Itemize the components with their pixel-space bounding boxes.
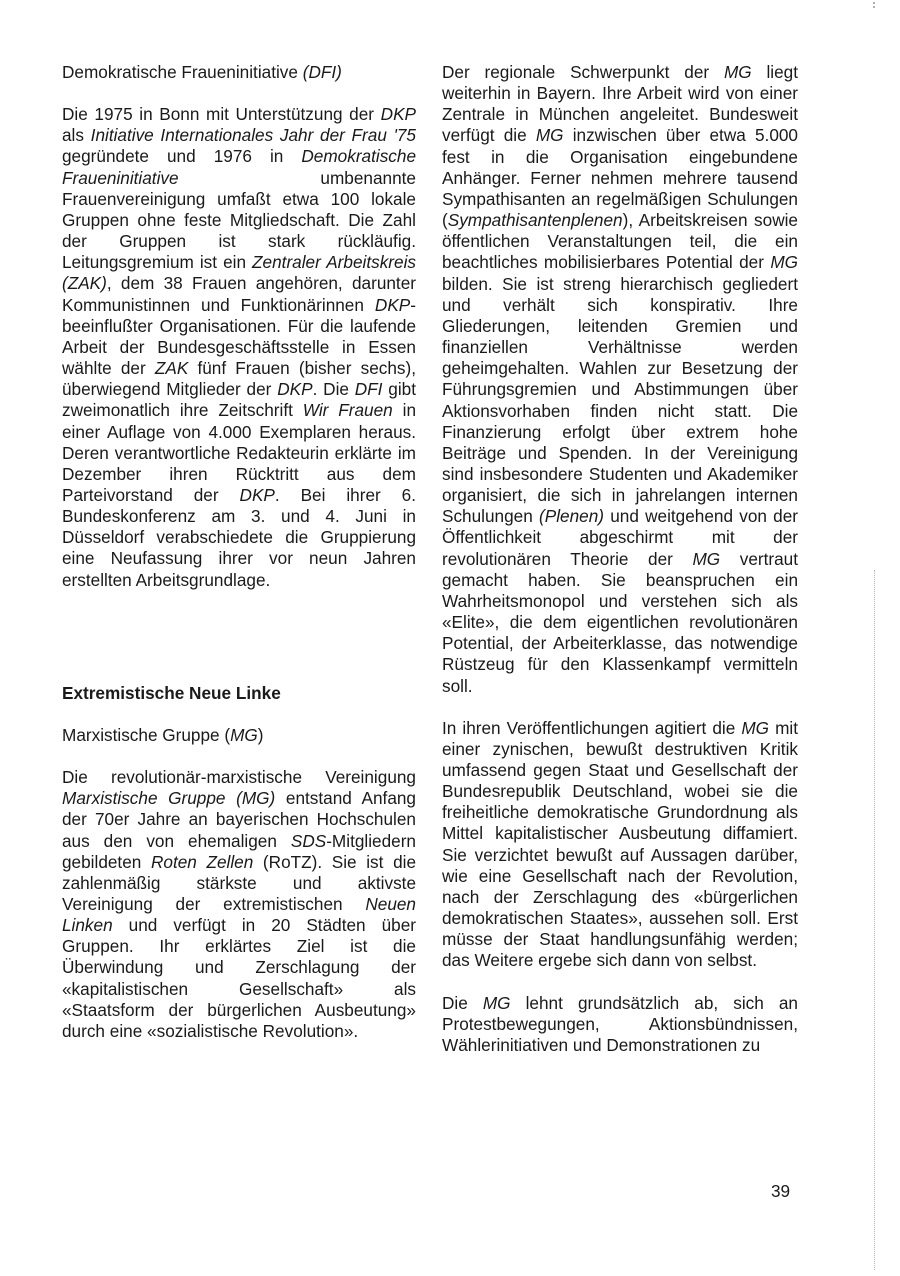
italic-term: DFI (355, 379, 383, 399)
document-page: Demokratische Fraueninitiative (DFI) Die… (0, 0, 900, 1276)
text-run: . Die (313, 379, 355, 399)
scan-artifact-dot (873, 2, 875, 4)
text-run: gegründete und 1976 in (62, 146, 301, 166)
mg-intro-paragraph: Die revolutionär-marxistische Vereinigun… (62, 767, 416, 1042)
mg-structure-paragraph: Der regionale Schwerpunkt der MG liegt w… (442, 62, 798, 697)
left-column: Demokratische Fraueninitiative (DFI) Die… (62, 62, 416, 1042)
dfi-subheading-text: Demokratische Fraueninitiative (62, 62, 303, 82)
text-run: , dem 38 Frauen angehören, darunter Komm… (62, 273, 416, 314)
dfi-paragraph: Die 1975 in Bonn mit Unterstützung der D… (62, 104, 416, 591)
italic-term: Roten Zellen (151, 852, 253, 872)
italic-term: DKP (375, 295, 410, 315)
page-number: 39 (771, 1181, 790, 1202)
italic-term: ZAK (155, 358, 188, 378)
mg-subheading-text: Marxistische Gruppe ( (62, 725, 230, 745)
text-run: Die 1975 in Bonn mit Unterstützung der (62, 104, 381, 124)
text-run: Die (442, 993, 483, 1013)
mg-rejection-paragraph: Die MG lehnt grundsätzlich ab, sich an P… (442, 993, 798, 1056)
italic-term: DKP (381, 104, 416, 124)
text-run: als (62, 125, 91, 145)
italic-term: SDS (291, 831, 326, 851)
italic-term: MG (770, 252, 798, 272)
text-run: und verfügt in 20 Städten über Gruppen. … (62, 915, 416, 1041)
italic-term: MG (483, 993, 511, 1013)
text-run: In ihren Veröffentlichungen agitiert die (442, 718, 741, 738)
section-heading-neue-linke: Extremistische Neue Linke (62, 683, 416, 704)
dfi-abbreviation: (DFI) (303, 62, 342, 82)
italic-term: MG (724, 62, 752, 82)
italic-term: MG (692, 549, 720, 569)
italic-term: DKP (277, 379, 312, 399)
italic-term: DKP (240, 485, 275, 505)
mg-abbreviation: MG (230, 725, 258, 745)
italic-term: MG (741, 718, 769, 738)
right-column: Der regionale Schwerpunkt der MG liegt w… (442, 62, 798, 1056)
mg-subheading-close: ) (258, 725, 264, 745)
text-run: bilden. Sie ist streng hierarchisch gegl… (442, 274, 798, 527)
text-run: vertraut gemacht haben. Sie beanspruchen… (442, 549, 798, 696)
italic-term: MG (536, 125, 564, 145)
italic-term: (Plenen) (539, 506, 604, 526)
scan-artifact-line (874, 570, 876, 1270)
mg-publications-paragraph: In ihren Veröffentlichungen agitiert die… (442, 718, 798, 972)
italic-term: Marxistische Gruppe (MG) (62, 788, 275, 808)
text-run: Der regionale Schwerpunkt der (442, 62, 724, 82)
text-run: Die revolutionär-marxistische Vereinigun… (62, 767, 416, 787)
text-run: mit einer zynischen, bewußt destruktiven… (442, 718, 798, 971)
scan-artifact-dot (873, 6, 875, 8)
italic-term: Wir Frauen (303, 400, 393, 420)
mg-subheading: Marxistische Gruppe (MG) (62, 725, 416, 746)
dfi-subheading: Demokratische Fraueninitiative (DFI) (62, 62, 416, 83)
italic-term: Initiative Internationales Jahr der Frau… (91, 125, 416, 145)
italic-term: Sympathisantenplenen (448, 210, 623, 230)
